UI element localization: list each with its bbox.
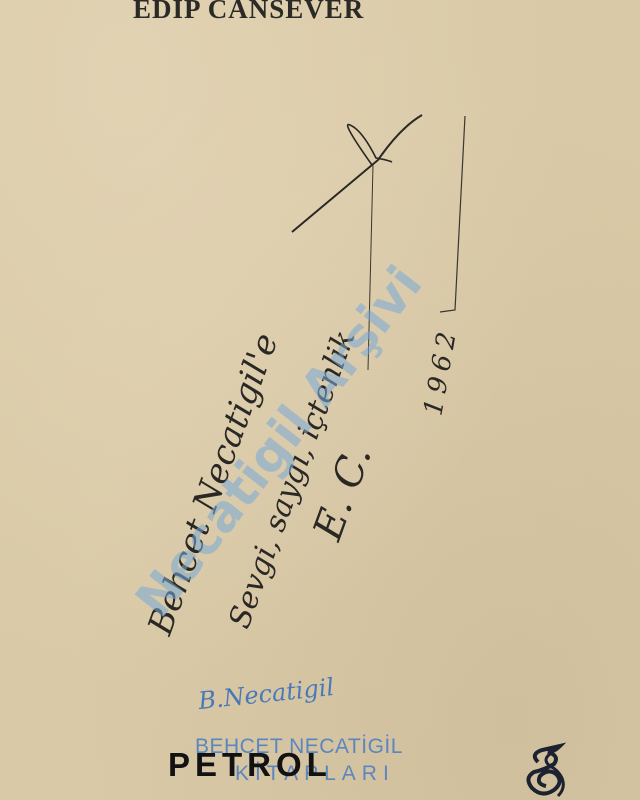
publisher-monogram-icon — [520, 742, 580, 800]
book-page: EDİP CANSEVER Behcet Necatigil'e Sevgi, … — [0, 0, 640, 800]
book-title: PETROL — [168, 746, 332, 784]
